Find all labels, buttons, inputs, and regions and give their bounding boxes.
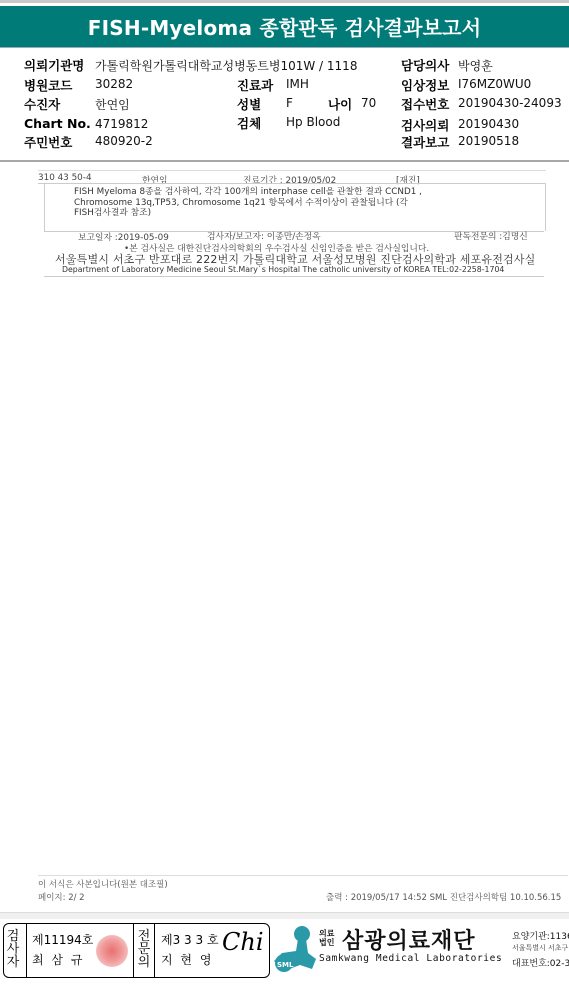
value-report-date: 20190518 <box>458 134 519 148</box>
value-clinical-info: I76MZ0WU0 <box>458 77 531 91</box>
lab-address-english: Department of Laboratory Medicine Seoul … <box>62 265 504 274</box>
specialist-name: 지 현 영 <box>161 951 213 968</box>
label-request-date: 검사의뢰 <box>401 116 449 134</box>
label-patient-name: 수진자 <box>24 95 60 113</box>
institution-code-text: 요양기관:11365200 <box>512 932 569 942</box>
value-department: IMH <box>286 77 309 91</box>
label-receipt-no: 접수번호 <box>401 95 449 113</box>
institution-phone-text: 대표번호:02-3497-5100 <box>512 959 569 969</box>
page-number: 페이지: 2/ 2 <box>38 891 85 903</box>
label-report-date: 결과보고 <box>401 133 449 151</box>
examiner-label-text: 검사자 <box>6 930 20 969</box>
institution-code: 요양기관:11365200 <box>512 929 569 942</box>
title-bar: FISH-Myeloma 종합판독 검사결과보고서 <box>0 6 569 48</box>
examiner-license-no: 제11194호 <box>32 931 93 948</box>
value-patient-name: 한연임 <box>95 96 130 113</box>
examiner-name: 최 삼 규 <box>32 951 84 968</box>
patient-id: 310 43 50-4 <box>38 173 92 183</box>
specialist-label-text: 전문의 <box>137 930 151 969</box>
print-info: 출력 : 2019/05/17 14:52 SML 진단검사의학팀 10.10.… <box>326 891 561 903</box>
divider <box>0 160 569 162</box>
value-doctor: 박영훈 <box>458 57 493 74</box>
label-requesting-institution: 의뢰기관명 <box>24 56 84 74</box>
label-clinical-info: 임상정보 <box>401 76 449 94</box>
label-specimen: 검체 <box>237 114 261 132</box>
value-chart-no: 4719812 <box>95 117 148 131</box>
value-requesting-institution: 가톨릭학원가톨릭대학교성병동트병101W / 1118 <box>95 57 357 74</box>
report-title: FISH-Myeloma 종합판독 검사결과보고서 <box>88 12 481 41</box>
divider <box>26 924 27 977</box>
value-resident-no: 480920-2 <box>95 134 153 148</box>
label-department: 진료과 <box>237 76 273 94</box>
prefix-bottom: 법인 <box>319 938 334 947</box>
divider <box>44 276 544 277</box>
value-age: 70 <box>361 96 376 110</box>
value-request-date: 20190430 <box>458 117 519 131</box>
prefix-top: 의료 <box>319 929 334 938</box>
finding-line: FISH Myeloma 8종을 검사하여, 각각 100개의 interpha… <box>74 187 494 198</box>
divider <box>38 875 568 876</box>
value-hospital-code: 30282 <box>95 77 133 91</box>
value-receipt-no: 20190430-24093 <box>458 96 562 110</box>
institution-name: 삼광의료재단 <box>342 924 476 955</box>
copy-note: 이 서식은 사본입니다(원본 대조필) <box>38 878 168 890</box>
institution-name-english: Samkwang Medical Laboratories <box>319 953 502 964</box>
label-age: 나이 <box>328 95 352 113</box>
sml-logo-icon: SML <box>272 925 318 973</box>
institution-phone: 대표번호:02-3497-5100 <box>512 956 569 969</box>
reading-specialist: 판독전문의 :김명신 <box>454 229 528 242</box>
label-doctor: 담당의사 <box>401 56 449 74</box>
label-hospital-code: 병원코드 <box>24 76 72 94</box>
finding-line: FISH검사결과 참조) <box>74 208 494 219</box>
svg-text:SML: SML <box>277 961 294 969</box>
signature-icon: Chi <box>222 928 264 956</box>
examiner-label: 검사자 <box>6 930 20 969</box>
specialist-license-no: 제3 3 3 호 <box>161 931 219 948</box>
label-chart-no: Chart No. <box>24 116 91 131</box>
divider <box>0 912 569 919</box>
finding-text: FISH Myeloma 8종을 검사하여, 각각 100개의 interpha… <box>74 187 494 219</box>
specialist-label: 전문의 <box>137 930 151 969</box>
value-sex: F <box>286 96 293 110</box>
seal-stamp-icon <box>96 935 128 967</box>
label-sex: 성별 <box>237 95 261 113</box>
divider <box>154 924 155 977</box>
institution-address: 서울특별시 서초구 양재동 <box>512 943 569 953</box>
divider <box>133 924 134 977</box>
divider <box>38 170 546 171</box>
value-specimen: Hp Blood <box>286 115 340 129</box>
top-border <box>0 0 569 3</box>
label-resident-no: 주민번호 <box>24 133 72 151</box>
finding-line: Chromosome 13q,TP53, Chromosome 1q21 항목에… <box>74 198 494 209</box>
corporation-prefix: 의료 법인 <box>319 929 334 947</box>
